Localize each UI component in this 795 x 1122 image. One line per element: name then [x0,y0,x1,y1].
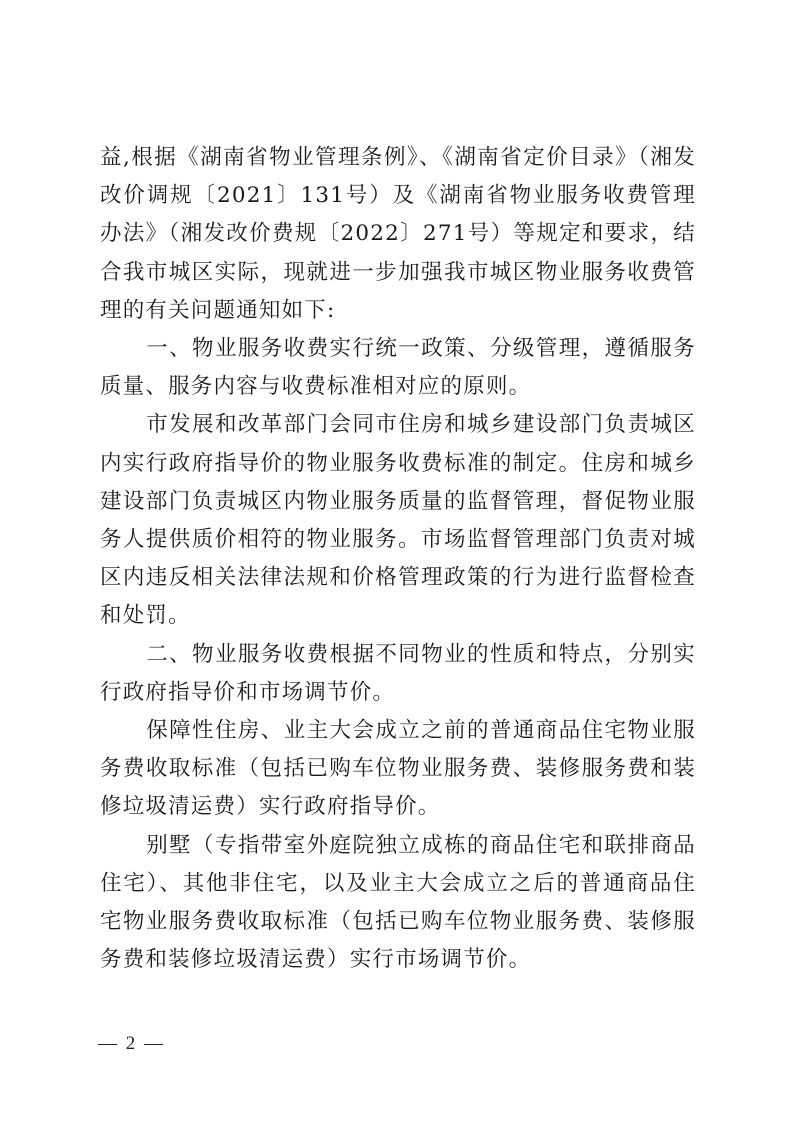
document-body: 益,根据《湖南省物业管理条例》、《湖南省定价目录》（湘发改价调规〔2021〕13… [100,139,696,979]
paragraph-section-two: 二、物业服务收费根据不同物业的性质和特点，分别实行政府指导价和市场调节价。 [100,636,696,712]
paragraph-department-responsibilities: 市发展和改革部门会同市住房和城乡建设部门负责城区内实行政府指导价的物业服务收费标… [100,406,696,635]
paragraph-section-one: 一、物业服务收费实行统一政策、分级管理，遵循服务质量、服务内容与收费标准相对应的… [100,330,696,406]
document-page: 益,根据《湖南省物业管理条例》、《湖南省定价目录》（湘发改价调规〔2021〕13… [0,0,795,1122]
paragraph-government-guided-price: 保障性住房、业主大会成立之前的普通商品住宅物业服务费收取标准（包括已购车位物业服… [100,712,696,827]
paragraph-intro-continuation: 益,根据《湖南省物业管理条例》、《湖南省定价目录》（湘发改价调规〔2021〕13… [100,139,696,330]
paragraph-market-regulated-price: 别墅（专指带室外庭院独立成栋的商品住宅和联排商品住宅）、其他非住宅，以及业主大会… [100,827,696,980]
page-number: — 2 — [98,1033,165,1055]
